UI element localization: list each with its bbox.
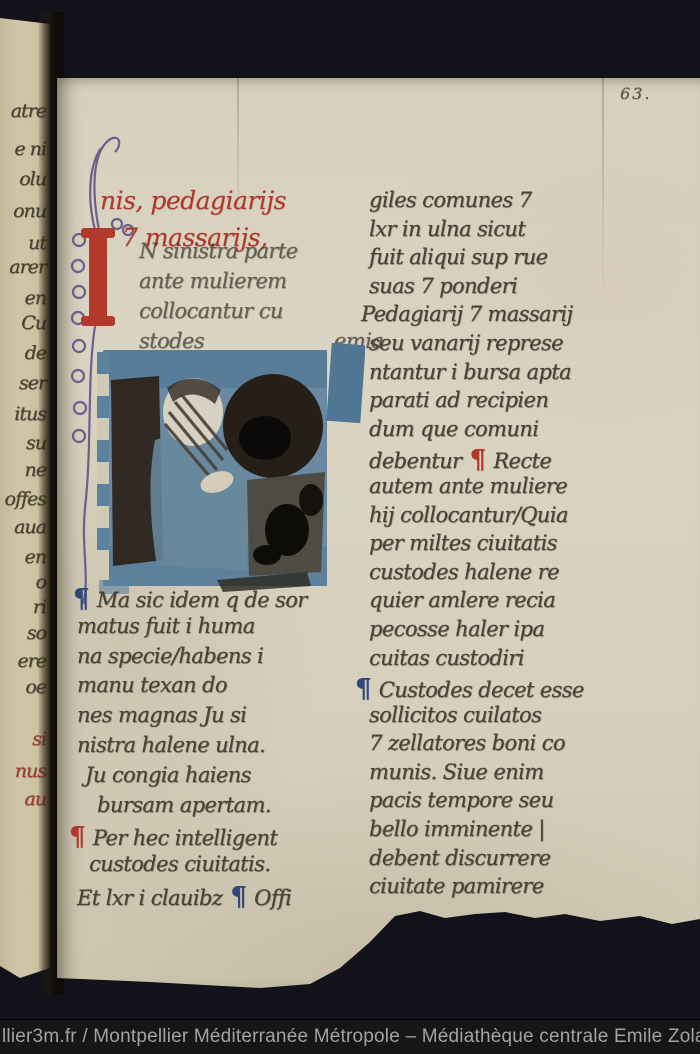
text-segment: cuitas custodiri [369, 646, 524, 670]
text-segment: hij collocantur/Quia [369, 503, 568, 527]
text-line: suas 7 ponderi [369, 276, 584, 305]
text-segment: munis. Siue enim [369, 760, 544, 784]
text-segment: Custodes decet esse [373, 678, 584, 702]
text-segment: ciuitate pamirere [369, 874, 544, 898]
text-segment: per miltes ciuitatis [369, 531, 557, 555]
text-segment: Et lxr i clauibz [77, 886, 228, 910]
text-line: ¶ Per hec intelligent [67, 824, 307, 854]
text-line: na specie/habens i [77, 646, 307, 676]
pilcrow-icon: ¶ [67, 821, 87, 852]
text-segment: N sinistra parte [139, 239, 298, 263]
text-line: manu texan do [77, 675, 307, 705]
text-segment: quier amlere recia [369, 588, 555, 612]
text-line: debent discurrere [369, 848, 584, 877]
text-line: bello imminente | [369, 819, 584, 848]
text-segment: bello imminente | [369, 817, 545, 841]
text-line: debentur ¶ Recte [369, 447, 584, 476]
text-segment: Ma sic idem q de sor [91, 588, 307, 612]
text-line: matus fuit i huma [77, 616, 307, 646]
text-line: nes magnas Ju si [77, 705, 307, 735]
text-segment: giles comunes 7 [369, 188, 531, 212]
text-segment: fuit aliqui sup rue [369, 245, 547, 269]
text-line: ntantur i bursa apta [369, 362, 584, 391]
text-segment: custodes ciuitatis. [89, 852, 270, 876]
text-line: pacis tempore seu [369, 790, 584, 819]
text-segment: debentur [369, 449, 468, 473]
miniature-illustration [97, 340, 365, 598]
text-line: pecosse haler ipa [369, 619, 584, 648]
text-line: collocantur cu [139, 301, 383, 331]
text-line: Et lxr i clauibz ¶ Offi [77, 884, 307, 914]
text-line: bursam apertam. [97, 795, 307, 825]
text-line: 7 zellatores boni co [369, 733, 584, 762]
text-segment: Offi [248, 886, 291, 910]
text-segment: debent discurrere [369, 846, 550, 870]
text-segment: sollicitos cuilatos [369, 703, 541, 727]
text-segment: suas 7 ponderi [369, 274, 517, 298]
checker-border [97, 352, 109, 580]
text-segment: nistra halene ulna. [77, 733, 265, 757]
text-segment: pacis tempore seu [369, 788, 553, 812]
text-line: lxr in ulna sicut [369, 219, 584, 248]
manuscript-page: 63. nis, pedagiarijs7 massarijs, N sinis… [57, 78, 700, 990]
text-segment: Pedagiarij 7 massarij [361, 302, 572, 326]
text-line: custodes halene re [369, 562, 584, 591]
text-segment: custodes halene re [369, 560, 559, 584]
pilcrow-icon: ¶ [228, 881, 248, 912]
text-segment: Per hec intelligent [87, 826, 277, 850]
text-segment: autem ante muliere [369, 474, 567, 498]
text-line: munis. Siue enim [369, 762, 584, 791]
text-line: ¶ Ma sic idem q de sor [71, 586, 307, 616]
manuscript-photo: atree nioluonuutarerenCudeseritussuneoff… [0, 0, 700, 1054]
pilcrow-icon: ¶ [71, 583, 91, 614]
parchment-crease [602, 78, 604, 308]
text-segment: Recte [487, 449, 551, 473]
text-line: Pedagiarij 7 massarij [361, 304, 584, 333]
text-line: parati ad recipien [369, 390, 584, 419]
text-segment: seu vanarij represe [369, 331, 563, 355]
folio-number: 63. [620, 84, 651, 103]
text-line: ¶ Custodes decet esse [353, 676, 584, 705]
text-segment: Ju congia haiens [85, 763, 251, 787]
text-segment: bursam apertam. [97, 793, 271, 817]
text-line: N sinistra parte [139, 241, 383, 271]
text-line: cuitas custodiri [369, 648, 584, 677]
text-segment: ante mulierem [139, 269, 286, 293]
text-segment: ntantur i bursa apta [369, 360, 571, 384]
text-segment: collocantur cu [139, 299, 283, 323]
text-line: hij collocantur/Quia [369, 505, 584, 534]
pilcrow-icon: ¶ [468, 444, 488, 475]
text-segment: manu texan do [77, 673, 227, 697]
text-segment: matus fuit i huma [77, 614, 255, 638]
text-line: autem ante muliere [369, 476, 584, 505]
right-column: giles comunes 7lxr in ulna sicutfuit ali… [369, 190, 584, 905]
text-segment: pecosse haler ipa [369, 617, 544, 641]
text-line: ante mulierem [139, 271, 383, 301]
caption-text: llier3m.fr / Montpellier Méditerranée Mé… [2, 1026, 700, 1048]
text-line: fuit aliqui sup rue [369, 247, 584, 276]
text-line: per miltes ciuitatis [369, 533, 584, 562]
text-line: dum que comuni [369, 419, 584, 448]
text-line: ciuitate pamirere [369, 876, 584, 905]
text-line: nistra halene ulna. [77, 735, 307, 765]
left-column-lower: ¶ Ma sic idem q de sormatus fuit i human… [77, 586, 307, 914]
text-line: quier amlere recia [369, 590, 584, 619]
text-line: seu vanarij represe [369, 333, 584, 362]
text-segment: na specie/habens i [77, 644, 263, 668]
text-line: Ju congia haiens [85, 765, 307, 795]
text-segment: lxr in ulna sicut [369, 217, 525, 241]
text-segment: nis, pedagiarijs [100, 186, 286, 215]
caption-bar: llier3m.fr / Montpellier Méditerranée Mé… [0, 1019, 700, 1054]
text-segment: 7 zellatores boni co [369, 731, 565, 755]
text-segment: nes magnas Ju si [77, 703, 246, 727]
text-line: nis, pedagiarijs [100, 188, 286, 225]
text-line: giles comunes 7 [369, 190, 584, 219]
text-line: sollicitos cuilatos [369, 705, 584, 734]
pilcrow-icon: ¶ [353, 673, 373, 704]
text-segment: dum que comuni [369, 417, 538, 441]
text-segment: parati ad recipien [369, 388, 548, 412]
text-line: custodes ciuitatis. [89, 854, 307, 884]
